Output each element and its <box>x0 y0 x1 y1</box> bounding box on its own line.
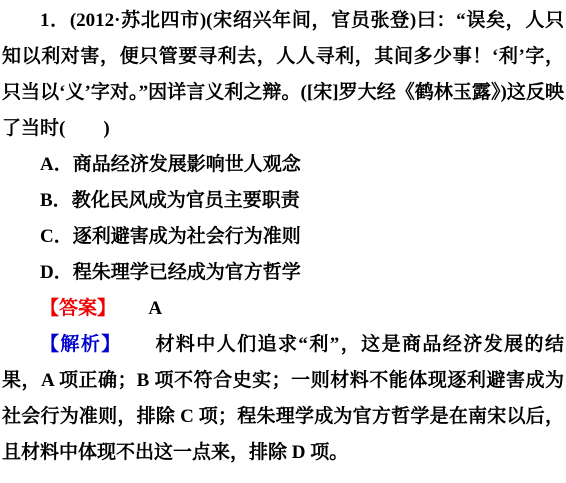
option-row: C．逐利避害成为社会行为准则 <box>2 219 564 255</box>
option-d-label: D． <box>40 262 73 283</box>
option-a-text: 商品经济发展影响世人观念 <box>73 154 301 175</box>
exam-question-page: 1．(2012·苏北四市)(宋绍兴年间，官员张登)曰：“误矣，人只知以利对害，便… <box>0 0 566 471</box>
option-b-label: B． <box>40 190 72 211</box>
option-d-text: 程朱理学已经成为官方哲学 <box>73 262 301 283</box>
option-a-label: A． <box>40 154 73 175</box>
option-row: D．程朱理学已经成为官方哲学 <box>2 255 564 291</box>
analysis-paragraph: 【解析】材料中人们追求“利”，这是商品经济发展的结果，A 项正确；B 项不符合史… <box>2 327 564 471</box>
question-number: 1． <box>40 10 70 31</box>
option-b-text: 教化民风成为官员主要职责 <box>72 190 300 211</box>
option-c-text: 逐利避害成为社会行为准则 <box>73 226 301 247</box>
options-list: A．商品经济发展影响世人观念 B．教化民风成为官员主要职责 C．逐利避害成为社会… <box>2 147 564 291</box>
question-stem-text: (2012·苏北四市)(宋绍兴年间，官员张登)曰：“误矣，人只知以利对害，便只管… <box>2 10 564 139</box>
question-stem: 1．(2012·苏北四市)(宋绍兴年间，官员张登)曰：“误矣，人只知以利对害，便… <box>2 3 564 147</box>
answer-value: A <box>148 298 162 319</box>
answer-line: 【答案】A <box>2 291 564 327</box>
analysis-tag: 【解析】 <box>40 334 122 355</box>
answer-tag: 【答案】 <box>40 298 116 319</box>
option-c-label: C． <box>40 226 73 247</box>
option-row: B．教化民风成为官员主要职责 <box>2 183 564 219</box>
option-row: A．商品经济发展影响世人观念 <box>2 147 564 183</box>
